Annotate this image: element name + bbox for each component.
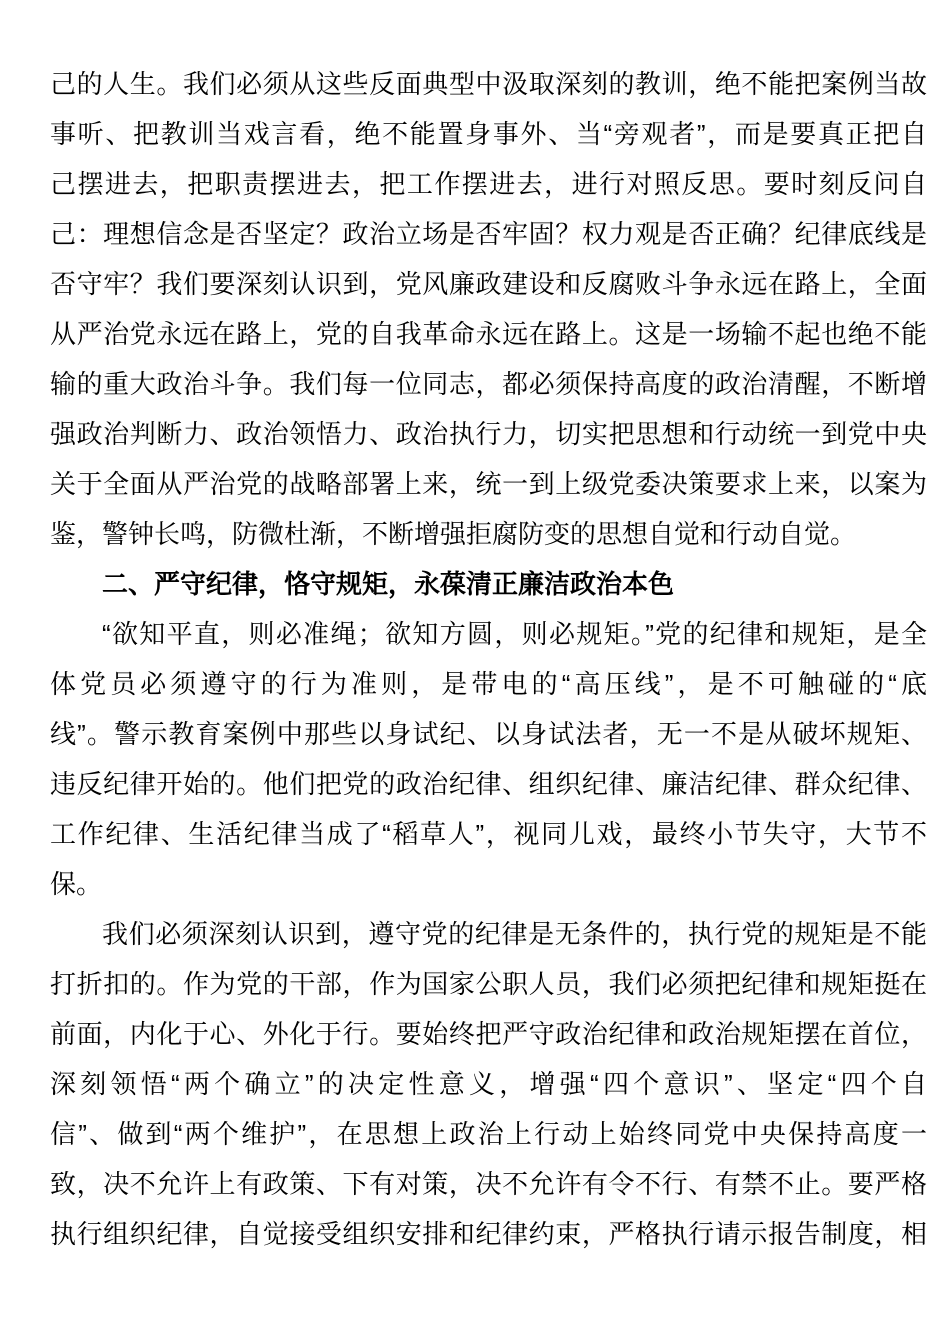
text-line: “欲知平直，则必准绳；欲知方圆，则必规矩。”党的纪律和规矩，是全: [50, 609, 927, 659]
text-line: 保。: [50, 859, 927, 909]
section-heading: 二、严守纪律，恪守规矩，永葆清正廉洁政治本色: [50, 559, 927, 609]
text-line: 深刻领悟“两个确立”的决定性意义，增强“四个意识”、坚定“四个自: [50, 1059, 927, 1109]
text-line: 鉴，警钟长鸣，防微杜渐，不断增强拒腐防变的思想自觉和行动自觉。: [50, 509, 927, 559]
text-line: 前面，内化于心、外化于行。要始终把严守政治纪律和政治规矩摆在首位，: [50, 1009, 927, 1059]
text-line: 己的人生。我们必须从这些反面典型中汲取深刻的教训，绝不能把案例当故: [50, 59, 927, 109]
text-line: 执行组织纪律，自觉接受组织安排和纪律约束，严格执行请示报告制度，相: [50, 1209, 927, 1259]
document-body: 己的人生。我们必须从这些反面典型中汲取深刻的教训，绝不能把案例当故事听、把教训当…: [50, 59, 927, 1259]
text-line: 从严治党永远在路上，党的自我革命永远在路上。这是一场输不起也绝不能: [50, 309, 927, 359]
text-line: 违反纪律开始的。他们把党的政治纪律、组织纪律、廉洁纪律、群众纪律、: [50, 759, 927, 809]
text-line: 打折扣的。作为党的干部，作为国家公职人员，我们必须把纪律和规矩挺在: [50, 959, 927, 1009]
text-line: 输的重大政治斗争。我们每一位同志，都必须保持高度的政治清醒，不断增: [50, 359, 927, 409]
text-line: 信”、做到“两个维护”，在思想上政治上行动上始终同党中央保持高度一: [50, 1109, 927, 1159]
text-line: 我们必须深刻认识到，遵守党的纪律是无条件的，执行党的规矩是不能: [50, 909, 927, 959]
text-line: 致，决不允许上有政策、下有对策，决不允许有令不行、有禁不止。要严格: [50, 1159, 927, 1209]
document-page: 己的人生。我们必须从这些反面典型中汲取深刻的教训，绝不能把案例当故事听、把教训当…: [0, 0, 950, 1344]
text-line: 关于全面从严治党的战略部署上来，统一到上级党委决策要求上来，以案为: [50, 459, 927, 509]
text-line: 线”。警示教育案例中那些以身试纪、以身试法者，无一不是从破坏规矩、: [50, 709, 927, 759]
text-line: 事听、把教训当戏言看，绝不能置身事外、当“旁观者”，而是要真正把自: [50, 109, 927, 159]
text-line: 己：理想信念是否坚定？政治立场是否牢固？权力观是否正确？纪律底线是: [50, 209, 927, 259]
text-line: 体党员必须遵守的行为准则，是带电的“高压线”，是不可触碰的“底: [50, 659, 927, 709]
text-line: 工作纪律、生活纪律当成了“稻草人”，视同儿戏，最终小节失守，大节不: [50, 809, 927, 859]
text-line: 否守牢？我们要深刻认识到，党风廉政建设和反腐败斗争永远在路上，全面: [50, 259, 927, 309]
text-line: 己摆进去，把职责摆进去，把工作摆进去，进行对照反思。要时刻反问自: [50, 159, 927, 209]
text-line: 强政治判断力、政治领悟力、政治执行力，切实把思想和行动统一到党中央: [50, 409, 927, 459]
